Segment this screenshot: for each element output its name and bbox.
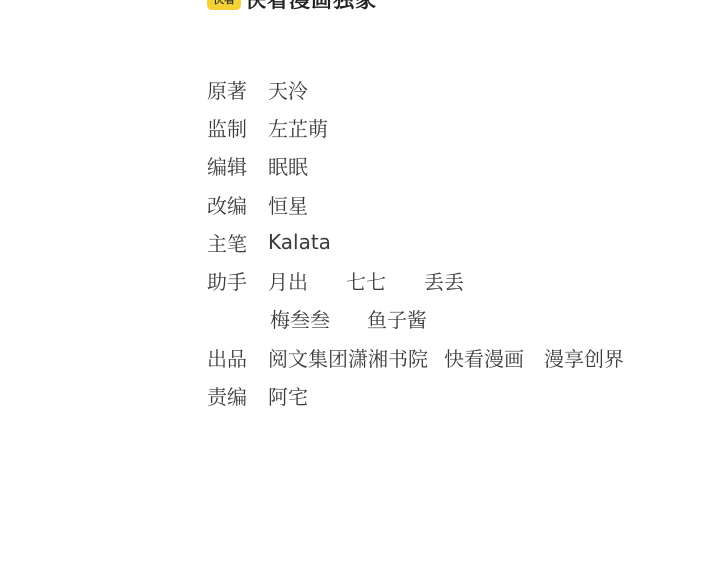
- credit-value: 眠眠: [268, 151, 308, 180]
- credit-value: Kalata: [268, 230, 331, 254]
- credit-row-supervisor: 监制 左芷萌: [207, 108, 624, 146]
- credit-label: 责编: [207, 381, 268, 410]
- credit-value: 月出: [268, 266, 308, 295]
- credit-value: 七七: [346, 266, 386, 295]
- credit-value: 快看漫画: [444, 343, 524, 372]
- credit-value: 丢丢: [424, 266, 464, 295]
- credit-value: 天泠: [268, 75, 308, 104]
- credits-list: 原著 天泠 监制 左芷萌 编辑 眠眠 改编 恒星 主笔 Kalata 助手 月出…: [207, 70, 624, 415]
- page-header: 快看 快看漫画独家: [207, 0, 377, 10]
- credit-row-assistants: 助手 月出 七七 丢丢: [207, 261, 624, 299]
- credit-label: 编辑: [207, 151, 268, 180]
- credit-label: 原著: [207, 75, 268, 104]
- credit-row-lead-artist: 主笔 Kalata: [207, 223, 624, 261]
- credit-value: 梅叁叁: [270, 304, 330, 333]
- credit-value: 阅文集团潇湘书院: [268, 343, 428, 372]
- credit-value: 阿宅: [268, 381, 308, 410]
- credit-label: 出品: [207, 343, 268, 372]
- logo-text: 快看: [213, 0, 235, 7]
- credit-row-assistants-cont: 梅叁叁 鱼子酱: [207, 300, 624, 338]
- credit-value: 左芷萌: [268, 113, 328, 142]
- credit-row-editor: 编辑 眠眠: [207, 147, 624, 185]
- credit-label: 改编: [207, 190, 268, 219]
- credit-label: 助手: [207, 266, 268, 295]
- credit-value: 恒星: [268, 190, 308, 219]
- credit-row-producers: 出品 阅文集团潇湘书院 快看漫画 漫享创界: [207, 338, 624, 376]
- credit-value: 鱼子酱: [367, 304, 427, 333]
- kuaikan-logo-icon: 快看: [207, 0, 241, 10]
- credit-row-responsible-editor: 责编 阿宅: [207, 376, 624, 414]
- credit-label: 主笔: [207, 228, 268, 257]
- credit-label: 监制: [207, 113, 268, 142]
- header-title: 快看漫画独家: [245, 0, 377, 14]
- credit-row-original-author: 原著 天泠: [207, 70, 624, 108]
- credit-row-adaptation: 改编 恒星: [207, 185, 624, 223]
- credit-value: 漫享创界: [544, 343, 624, 372]
